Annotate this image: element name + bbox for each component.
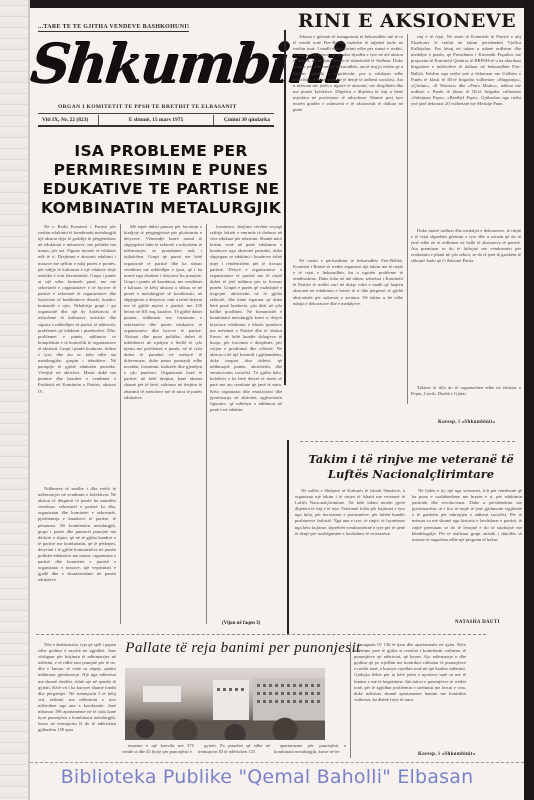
previous-page-edge [0,0,30,800]
section-divider [36,634,486,635]
article-housing-column-2: tamente e një konvikt me 375 vende si dh… [122,743,194,759]
article-rini-column-2c: Takime të tilla do të organizohen edhe n… [411,385,521,405]
article-rini-column-1: Jehona e gëzimit të inaugurimit të hekur… [293,34,403,256]
article-veterans-column-1: Në sallën e Shtëpisë së Kulturës të fsha… [295,488,405,616]
section-divider [300,441,515,442]
article-text: Në fjalën e tij, një nga veteranët, foli… [412,488,522,543]
article-text: Nën e dashkanxhe, tyja që sjell i papen … [38,642,116,733]
article-veterans-column-2: Në fjalën e tij, një nga veteranët, foli… [412,488,522,608]
article-main-column-1: Në e Rodit Komiteti i Partisë për rrethi… [38,224,116,484]
column-rule [350,642,351,758]
photo-trees [125,712,325,740]
housing-photo [125,668,325,740]
masthead-kicker: ...TARE TE TE GJITHA VENDEVE BASHKOHUNI! [38,24,189,32]
article-text: Në e Rodit Komiteti i Partisë për rrethi… [38,224,116,395]
issue-price: Çmimi 30 qindarka [214,117,274,123]
scan-border-top [30,0,524,8]
article-text: apartamente për punonjësit e kombinatit … [274,743,346,755]
article-veterans-byline: NATASHA DAUTI [455,620,500,625]
article-text: magazin IV 136 të tjera dhe apartamente … [354,642,466,703]
article-housing-column-4: apartamente për punonjësit e kombinatit … [274,743,346,759]
photo-windows [217,688,245,691]
article-headline-main: ISA PROBLEME PER PERMIRESIMIN E PUNES ED… [30,142,292,218]
issue-volume: Viti IX, Nr. 22 (823) [38,117,98,123]
article-text: Duke marrë urdhrat dhe medaljet e dekora… [411,228,521,265]
article-text: tamente e një konvikt me 375 vende si dh… [122,743,194,755]
article-headline-veterans: Takim i të rinjve me veteranë të Luftës … [300,452,522,482]
article-main-column-3: formimve, drejtimi vërehet veçaqë raftit… [210,224,282,620]
article-text: formimve, drejtimi vërehet veçaqë raftit… [210,224,282,413]
article-text: Më tepër duhet punuar për forcimin e bin… [124,224,202,401]
article-rini-column-2b: Duke marrë urdhrat dhe medaljet e dekora… [411,228,521,383]
page-bottom-rule [30,762,524,763]
article-text: rinj e të rejat. Në emër të Komitetit të… [411,34,521,107]
masthead-logo: Shkumbini [32,34,272,94]
article-rini-column-1b: Në rastin e përfundimit të hekurudhës Fi… [293,258,403,408]
article-text: Në sallën e Shtëpisë së Kulturës të fsha… [295,488,405,537]
article-housing-byline: Koresp. i «Shkumbinit» [418,752,476,757]
photo-windows [257,700,321,703]
article-rini-column-2: rinj e të rejat. Në emër të Komitetit të… [411,34,521,226]
article-text: qytetit. Po punohet që edhe në tremujori… [198,743,270,755]
issue-date: E shtunë, 15 mars 1975 [99,117,213,123]
article-housing-column-5: magazin IV 136 të tjera dhe apartamente … [354,642,466,744]
photo-windows [257,684,321,687]
article-text: Jehona e gëzimit të inaugurimit të hekur… [293,34,403,113]
newspaper-page: ...TARE TE TE GJITHA VENDEVE BASHKOHUNI!… [0,0,534,800]
article-text: Takime të tilla do të organizohen edhe n… [411,385,521,397]
library-watermark: Biblioteka Publike "Qemal Baholli" Elbas… [0,766,534,788]
article-text: Ndihmesë të madhe i dha rrethi të ndërma… [38,486,116,584]
column-divider [287,440,289,635]
scan-border-right [524,0,534,800]
column-rule [206,224,207,624]
issue-info-bar: Viti IX, Nr. 22 (823) E shtunë, 15 mars … [38,113,274,127]
article-main-column-2: Më tepër duhet punuar për forcimin e bin… [124,224,202,626]
article-housing-column-3: qytetit. Po punohet që edhe në tremujori… [198,743,270,759]
article-main-column-1b: Ndihmesë të madhe i dha rrethi të ndërma… [38,486,116,596]
masthead-organ: ORGAN I KOMITETIT TE PPSH TE RRETHIT TE … [58,104,237,110]
continued-on-page: (Vijon në faqen 3) [222,621,260,626]
article-rini-byline: Koresp. i «Shkumbinit» [438,420,496,425]
article-headline-housing: Pallate të reja banimi per punonjesit [118,640,368,657]
column-rule [407,34,408,404]
article-headline-rini: RINI E AKSIONEVE [292,8,522,32]
photo-windows [257,692,321,695]
photo-building [143,686,181,702]
article-text: Në rastin e përfundimit të hekurudhës Fi… [293,258,403,307]
article-housing-column-1: Nën e dashkanxhe, tyja që sjell i papen … [38,642,116,760]
column-rule [120,224,121,624]
